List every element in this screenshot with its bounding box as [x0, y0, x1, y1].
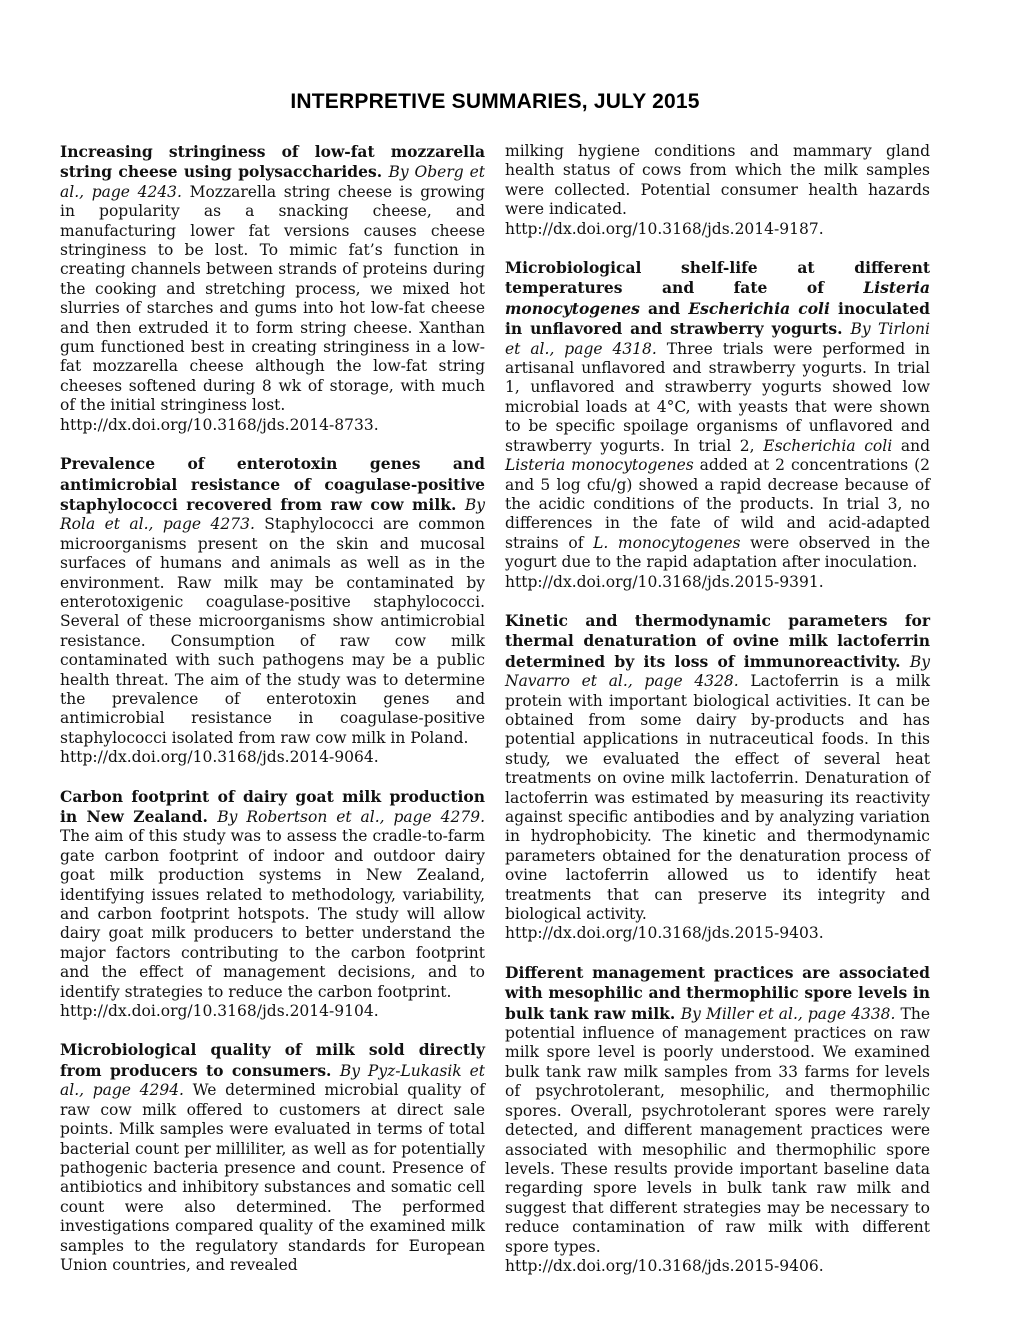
doi-line: http://dx.doi.org/10.3168/jds.2014-8733.	[60, 416, 485, 435]
summary-text: Kinetic and thermodynamic parameters for…	[505, 611, 930, 925]
summary-text: Microbiological quality of milk sold dir…	[60, 1040, 485, 1275]
summary-text: Microbiological shelf-life at different …	[505, 258, 930, 573]
doi-line: http://dx.doi.org/10.3168/jds.2014-9104.	[60, 1002, 485, 1021]
left-column: Increasing stringiness of low-fat mozzar…	[60, 142, 485, 1295]
doi-line: http://dx.doi.org/10.3168/jds.2014-9064.	[60, 748, 485, 767]
summary-text: Carbon footprint of dairy goat milk prod…	[60, 787, 485, 1002]
summary-article: Carbon footprint of dairy goat milk prod…	[60, 787, 485, 1022]
two-column-layout: Increasing stringiness of low-fat mozzar…	[60, 142, 930, 1295]
summary-article: Microbiological quality of milk sold dir…	[60, 1040, 485, 1275]
summary-article: Increasing stringiness of low-fat mozzar…	[60, 142, 485, 435]
summary-text: Different management practices are assoc…	[505, 963, 930, 1257]
page-title: INTERPRETIVE SUMMARIES, JULY 2015	[60, 90, 930, 114]
doi-line: http://dx.doi.org/10.3168/jds.2015-9403.	[505, 924, 930, 943]
summary-text: milking hygiene conditions and mammary g…	[505, 142, 930, 220]
summary-article: Microbiological shelf-life at different …	[505, 258, 930, 592]
doi-line: http://dx.doi.org/10.3168/jds.2014-9187.	[505, 220, 930, 239]
doi-line: http://dx.doi.org/10.3168/jds.2015-9406.	[505, 1257, 930, 1276]
right-column: milking hygiene conditions and mammary g…	[505, 142, 930, 1295]
summary-text: Prevalence of enterotoxin genes and anti…	[60, 454, 485, 748]
summary-article: Kinetic and thermodynamic parameters for…	[505, 611, 930, 944]
summary-article-continuation: milking hygiene conditions and mammary g…	[505, 142, 930, 239]
doi-line: http://dx.doi.org/10.3168/jds.2015-9391.	[505, 573, 930, 592]
summary-article: Prevalence of enterotoxin genes and anti…	[60, 454, 485, 768]
journal-page: INTERPRETIVE SUMMARIES, JULY 2015 Increa…	[0, 0, 1020, 1320]
summary-article: Different management practices are assoc…	[505, 963, 930, 1277]
summary-text: Increasing stringiness of low-fat mozzar…	[60, 142, 485, 416]
